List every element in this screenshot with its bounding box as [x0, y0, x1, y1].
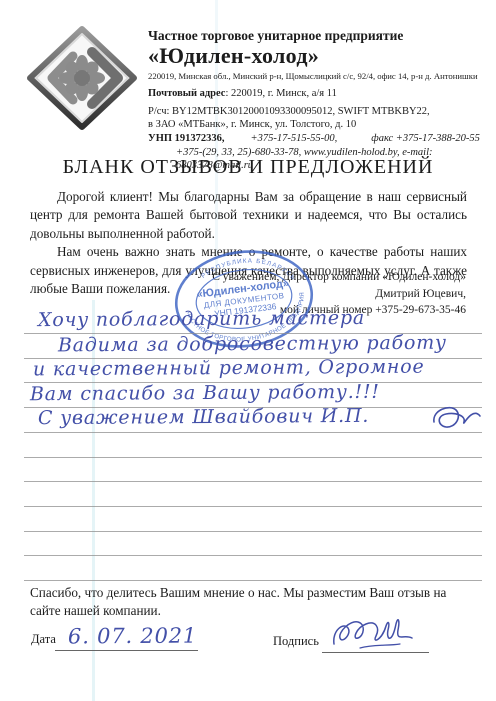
handwritten-date: 6. 07. 2021	[68, 624, 197, 649]
ruled-line	[24, 457, 482, 458]
ruled-line	[24, 432, 482, 433]
form-title: БЛАНК ОТЗЫВОВ И ПРЕДЛОЖЕНИЙ	[0, 156, 496, 179]
unp-phone-row: УНП 191372336,+375-17-515-55-00,факс +37…	[148, 132, 484, 146]
client-signature	[330, 614, 416, 654]
handwritten-line: С уважением Швайбович И.П.	[38, 405, 369, 429]
handwritten-line: Вадима за добросовестную работу	[58, 332, 447, 357]
letterhead: Частное торговое унитарное предприятие «…	[148, 28, 484, 173]
ruled-line	[24, 531, 482, 532]
bank-name: в ЗАО «МТБанк», г. Минск, ул. Толстого, …	[148, 118, 484, 131]
org-type: Частное торговое унитарное предприятие	[148, 28, 484, 44]
postal-value: : 220019, г. Минск, а/я 11	[225, 88, 336, 99]
phone-main: +375-17-515-55-00,	[251, 133, 338, 144]
reviewer-signature-flourish	[426, 402, 482, 436]
postal-address: Почтовый адрес: 220019, г. Минск, а/я 11	[148, 88, 484, 99]
company-name: «Юдилен-холод»	[148, 44, 484, 68]
ruled-line	[24, 580, 482, 581]
date-underline	[55, 650, 198, 651]
handwritten-line: Хочу поблагодарить мастера	[38, 307, 365, 331]
fax-number: факс +375-17-388-20-55	[371, 133, 480, 144]
unp-number: УНП 191372336,	[148, 133, 225, 144]
ruled-line	[24, 481, 482, 482]
ruled-line	[24, 555, 482, 556]
signature-label: Подпись	[273, 634, 319, 649]
handwritten-line: и качественный ремонт, Огромное	[33, 356, 425, 381]
bank-account: Р/сч: BY12MTBK30120001093300095012, SWIF…	[148, 105, 484, 118]
date-label: Дата	[31, 632, 56, 647]
scanned-feedback-form: Частное торговое унитарное предприятие «…	[0, 0, 496, 701]
company-logo	[26, 26, 138, 132]
ruled-line	[24, 506, 482, 507]
company-address: 220019, Минская обл., Минский р-н, Щомыс…	[148, 71, 484, 81]
handwritten-line: Вам спасибо за Вашу работу.!!!	[30, 381, 380, 405]
postal-label: Почтовый адрес	[148, 88, 225, 99]
paragraph-1: Дорогой клиент! Мы благодарны Вам за обр…	[30, 188, 467, 243]
